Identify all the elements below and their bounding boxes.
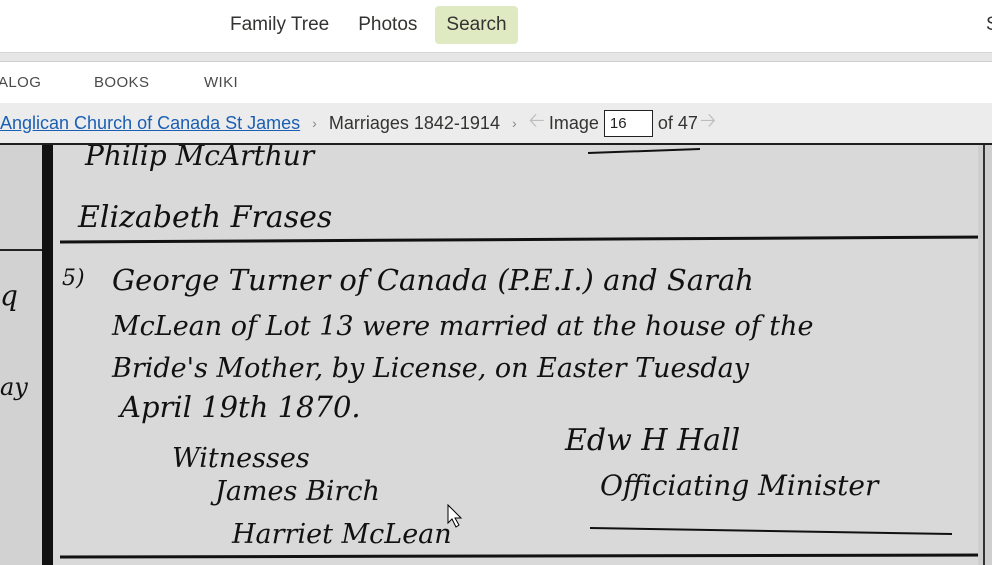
svg-text:5): 5) — [62, 266, 85, 291]
nav-clipped-item[interactable]: S — [986, 6, 992, 44]
main-nav: Family Tree Photos Search — [219, 6, 525, 44]
svg-text:McLean of Lot 13 were married: McLean of Lot 13 were married at the hou… — [111, 311, 814, 342]
image-label: Image — [549, 113, 599, 134]
subnav-wiki[interactable]: WIKI — [204, 74, 238, 91]
subnav-books[interactable]: BOOKS — [94, 74, 149, 91]
svg-text:Elizabeth Frases: Elizabeth Frases — [77, 200, 332, 235]
svg-text:April 19th 1870.: April 19th 1870. — [117, 390, 361, 424]
image-total: of 47 — [658, 113, 698, 134]
scanned-document: Philip McArthur Elizabeth Frases 5) Geor… — [0, 145, 992, 565]
breadcrumb-collection[interactable]: Anglican Church of Canada St James — [0, 113, 300, 134]
svg-text:Philip McArthur: Philip McArthur — [84, 145, 316, 172]
svg-text:James Birch: James Birch — [210, 476, 380, 507]
header-divider — [0, 53, 992, 62]
subnav-catalog[interactable]: ALOG — [0, 74, 41, 91]
svg-text:George Turner of Canada (P.E.I: George Turner of Canada (P.E.I.) and Sar… — [112, 263, 754, 297]
svg-text:Edw H Hall: Edw H Hall — [564, 423, 740, 458]
chevron-right-icon: › — [312, 115, 317, 131]
breadcrumb-record-set: Marriages 1842-1914 — [329, 113, 500, 134]
image-number-input[interactable] — [604, 110, 653, 137]
previous-image-arrow-icon[interactable]: 🡠 — [529, 106, 545, 140]
svg-text:Harriet McLean: Harriet McLean — [231, 519, 452, 550]
top-header: Family Tree Photos Search S — [0, 0, 992, 53]
svg-text:Bride's Mother, by License, on: Bride's Mother, by License, on Easter Tu… — [111, 353, 750, 384]
chevron-right-icon: › — [512, 115, 517, 131]
nav-photos[interactable]: Photos — [347, 6, 428, 44]
svg-text:ay: ay — [0, 373, 28, 401]
breadcrumb: Anglican Church of Canada St James › Mar… — [0, 103, 992, 145]
nav-search[interactable]: Search — [435, 6, 517, 44]
next-image-arrow-icon[interactable]: 🡢 — [700, 106, 716, 140]
sub-nav: ALOG BOOKS WIKI — [0, 62, 992, 103]
svg-text:q: q — [0, 279, 18, 312]
svg-text:Officiating Minister: Officiating Minister — [600, 469, 880, 502]
nav-family-tree[interactable]: Family Tree — [219, 6, 340, 44]
svg-text:Witnesses: Witnesses — [172, 443, 310, 474]
record-image-viewer[interactable]: Philip McArthur Elizabeth Frases 5) Geor… — [0, 145, 992, 565]
